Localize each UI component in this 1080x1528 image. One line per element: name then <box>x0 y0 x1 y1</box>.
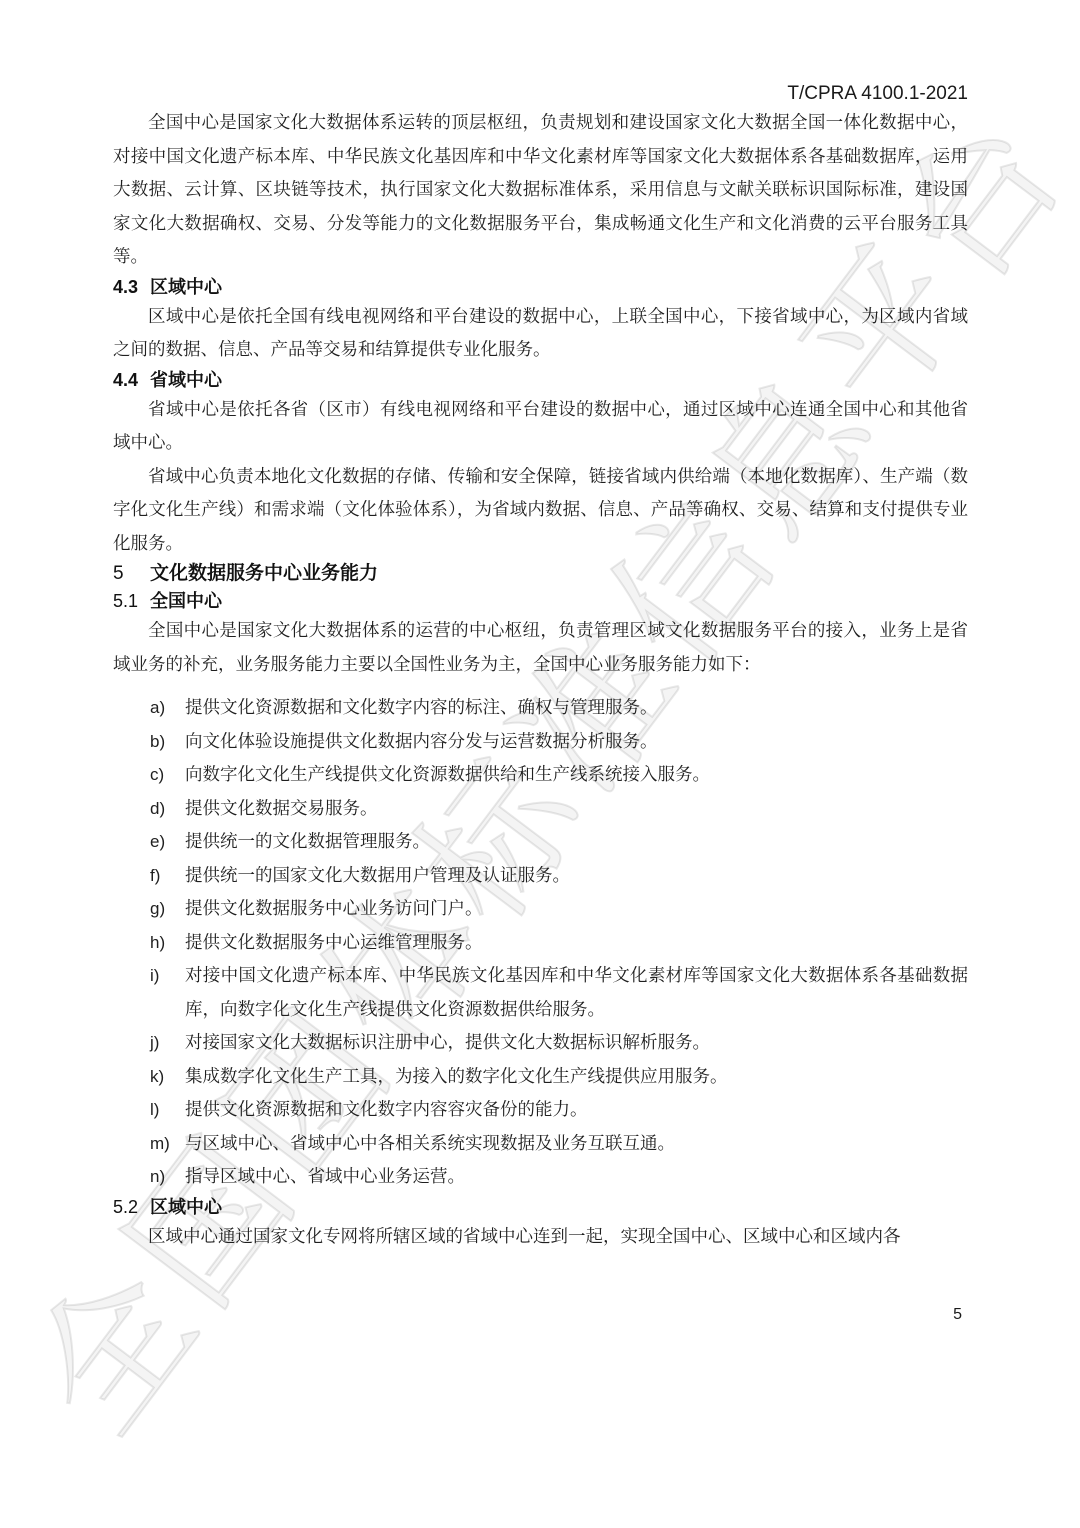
list-item-text: 向数字化文化生产线提供文化资源数据供给和生产线系统接入服务。 <box>185 758 968 792</box>
heading-4-4: 4.4省域中心 <box>113 367 968 393</box>
list-item: c)向数字化文化生产线提供文化资源数据供给和生产线系统接入服务。 <box>150 758 968 792</box>
heading-5-1-title: 全国中心 <box>150 591 222 611</box>
list-item: g)提供文化数据服务中心业务访问门户。 <box>150 892 968 926</box>
doc-code-header: T/CPRA 4100.1-2021 <box>113 82 968 106</box>
list-item: h)提供文化数据服务中心运维管理服务。 <box>150 926 968 960</box>
list-item: i)对接中国文化遗产标本库、中华民族文化基因库和中华文化素材库等国家文化大数据体… <box>150 959 968 1026</box>
list-item-text: 提供文化资源数据和文化数字内容的标注、确权与管理服务。 <box>185 691 968 725</box>
document-page: 全国团体标准信息平台 T/CPRA 4100.1-2021 全国中心是国家文化大… <box>0 0 1080 1528</box>
list-item-letter: a) <box>150 691 185 725</box>
heading-4-4-number: 4.4 <box>113 367 150 393</box>
list-item: m)与区域中心、省域中心中各相关系统实现数据及业务互联互通。 <box>150 1127 968 1161</box>
heading-5-2-number: 5.2 <box>113 1194 150 1220</box>
list-item-letter: i) <box>150 959 185 993</box>
list-item-text: 提供文化数据服务中心业务访问门户。 <box>185 892 968 926</box>
list-item-text: 提供文化数据服务中心运维管理服务。 <box>185 926 968 960</box>
page-number: 5 <box>113 1305 968 1325</box>
list-item: l)提供文化资源数据和文化数字内容容灾备份的能力。 <box>150 1093 968 1127</box>
list-item: b)向文化体验设施提供文化数据内容分发与运营数据分析服务。 <box>150 725 968 759</box>
list-item-letter: j) <box>150 1026 185 1060</box>
list-item-text: 提供文化资源数据和文化数字内容容灾备份的能力。 <box>185 1093 968 1127</box>
list-item-text: 指导区域中心、省域中心业务运营。 <box>185 1160 968 1194</box>
heading-5-number: 5 <box>113 560 150 588</box>
list-item-letter: h) <box>150 926 185 960</box>
list-item-letter: d) <box>150 792 185 826</box>
list-item-text: 对接中国文化遗产标本库、中华民族文化基因库和中华文化素材库等国家文化大数据体系各… <box>185 959 968 1026</box>
paragraph-5-1: 全国中心是国家文化大数据体系的运营的中心枢纽，负责管理区域文化数据服务平台的接入… <box>113 614 968 681</box>
list-item: k)集成数字化文化生产工具，为接入的数字化文化生产线提供应用服务。 <box>150 1060 968 1094</box>
heading-5-title: 文化数据服务中心业务能力 <box>150 563 378 584</box>
list-item-text: 向文化体验设施提供文化数据内容分发与运营数据分析服务。 <box>185 725 968 759</box>
paragraph-4-4-1: 省域中心是依托各省（区市）有线电视网络和平台建设的数据中心，通过区域中心连通全国… <box>113 393 968 460</box>
list-item-letter: m) <box>150 1127 185 1161</box>
list-item-letter: g) <box>150 892 185 926</box>
heading-4-3: 4.3区域中心 <box>113 274 968 300</box>
list-item-text: 提供文化数据交易服务。 <box>185 792 968 826</box>
list-item-letter: l) <box>150 1093 185 1127</box>
heading-5-2-title: 区域中心 <box>150 1197 222 1217</box>
list-item-text: 对接国家文化大数据标识注册中心，提供文化大数据标识解析服务。 <box>185 1026 968 1060</box>
list-item-letter: e) <box>150 825 185 859</box>
paragraph-4-4-2: 省域中心负责本地化文化数据的存储、传输和安全保障，链接省域内供给端（本地化数据库… <box>113 460 968 561</box>
paragraph-4-3: 区域中心是依托全国有线电视网络和平台建设的数据中心，上联全国中心，下接省域中心，… <box>113 300 968 367</box>
list-item-letter: k) <box>150 1060 185 1094</box>
list-item-letter: f) <box>150 859 185 893</box>
list-item-text: 提供统一的国家文化大数据用户管理及认证服务。 <box>185 859 968 893</box>
list-item-text: 集成数字化文化生产工具，为接入的数字化文化生产线提供应用服务。 <box>185 1060 968 1094</box>
heading-4-3-number: 4.3 <box>113 274 150 300</box>
list-item-letter: n) <box>150 1160 185 1194</box>
list-item-letter: c) <box>150 758 185 792</box>
heading-5-1: 5.1全国中心 <box>113 588 968 614</box>
heading-4-4-title: 省域中心 <box>150 370 222 390</box>
capability-list: a)提供文化资源数据和文化数字内容的标注、确权与管理服务。 b)向文化体验设施提… <box>150 691 968 1194</box>
list-item: d)提供文化数据交易服务。 <box>150 792 968 826</box>
heading-5-2: 5.2区域中心 <box>113 1194 968 1220</box>
heading-5: 5文化数据服务中心业务能力 <box>113 560 968 588</box>
list-item: j)对接国家文化大数据标识注册中心，提供文化大数据标识解析服务。 <box>150 1026 968 1060</box>
heading-4-3-title: 区域中心 <box>150 277 222 297</box>
list-item-text: 与区域中心、省域中心中各相关系统实现数据及业务互联互通。 <box>185 1127 968 1161</box>
list-item: f)提供统一的国家文化大数据用户管理及认证服务。 <box>150 859 968 893</box>
intro-paragraph: 全国中心是国家文化大数据体系运转的顶层枢纽，负责规划和建设国家文化大数据全国一体… <box>113 106 968 274</box>
list-item-letter: b) <box>150 725 185 759</box>
list-item: a)提供文化资源数据和文化数字内容的标注、确权与管理服务。 <box>150 691 968 725</box>
page-content: T/CPRA 4100.1-2021 全国中心是国家文化大数据体系运转的顶层枢纽… <box>0 0 1080 1325</box>
list-item: n)指导区域中心、省域中心业务运营。 <box>150 1160 968 1194</box>
list-item-text: 提供统一的文化数据管理服务。 <box>185 825 968 859</box>
list-item: e)提供统一的文化数据管理服务。 <box>150 825 968 859</box>
heading-5-1-number: 5.1 <box>113 588 150 614</box>
paragraph-5-2: 区域中心通过国家文化专网将所辖区域的省域中心连到一起，实现全国中心、区域中心和区… <box>113 1220 968 1254</box>
